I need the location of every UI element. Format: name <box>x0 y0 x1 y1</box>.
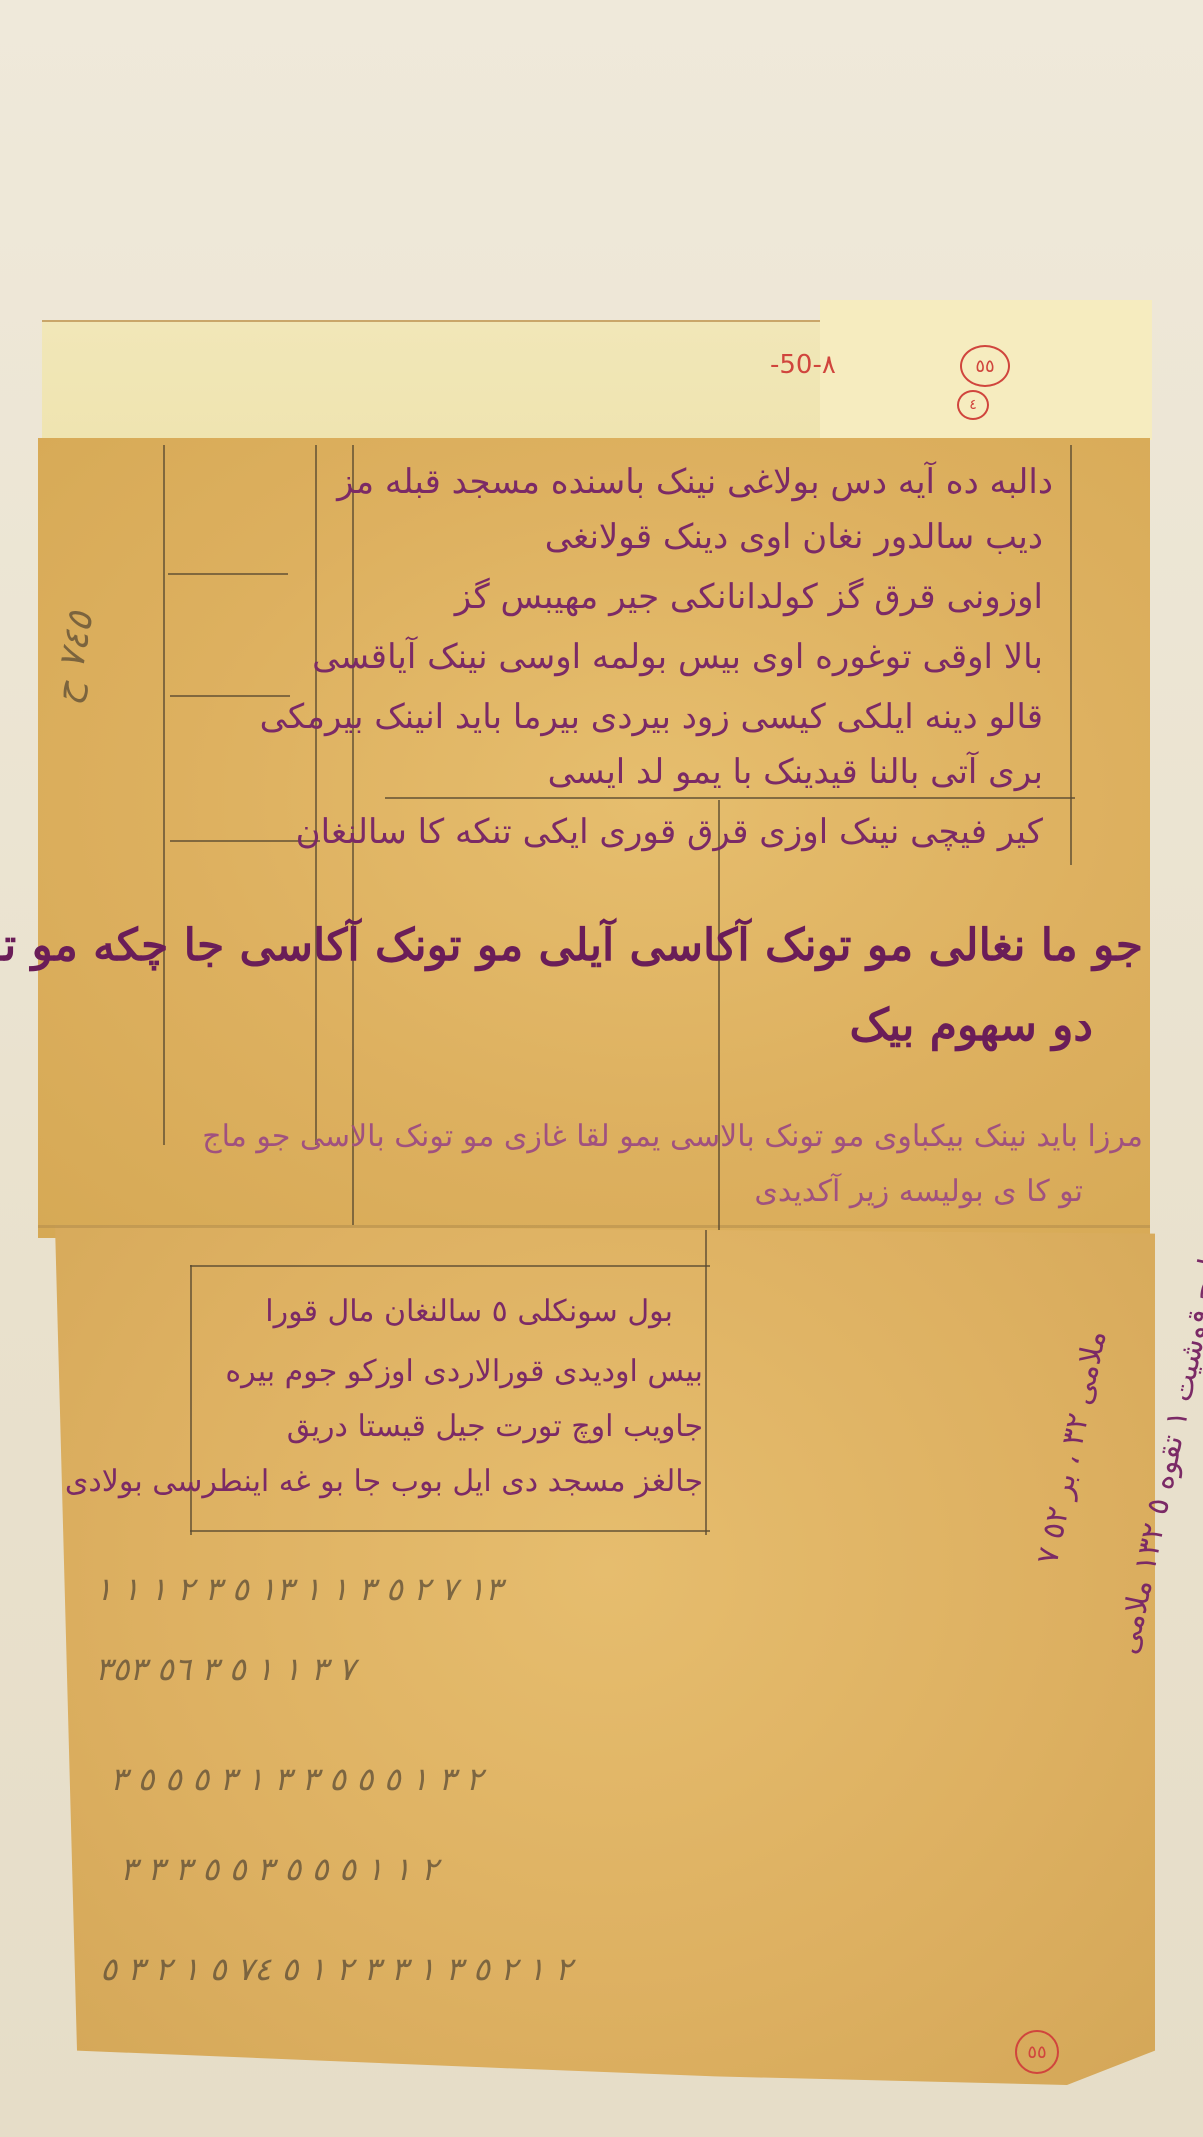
main-text-line: اوزونی قرق گز کولدانانکی جیر مهیبس گز <box>455 570 1043 624</box>
box-border <box>190 1530 710 1532</box>
lower-right-text-line: مرزا باید نینک بیکباوی مو تونک بالاسی یم… <box>202 1115 1143 1159</box>
red-reference-note: -50-٨ <box>770 350 836 380</box>
main-text-line: دالبه ده آیه دس بولاغی نینک باسنده مسجد … <box>337 455 1053 509</box>
ruling-line <box>1070 445 1072 865</box>
ruling-line <box>168 573 288 575</box>
fold-line <box>38 1225 1150 1228</box>
box-border <box>705 1230 707 1535</box>
pencil-line-text: ١٣ ٧ ٢ ٥ ٣ ١ ١ ١٣ ٥ ٣ ٢ ١ ١ ١ <box>95 1570 502 1608</box>
box-border <box>190 1265 710 1267</box>
pencil-line-text: ٢ ١ ١ ٥ ٥ ٥ ٣ ٥ ٥ ٣ ٣ ٣ <box>120 1850 438 1888</box>
boxed-text-line: جاویب اوچ تورت جیل قیستا دریق <box>287 1400 703 1454</box>
pencil-line-text: ٢ ١ ٢ ٥ ٣ ١ ٣ ٣ ٢ ١ ٥ ٧٤ ٥ ١ ٢ ٣ ٥ <box>100 1950 572 1988</box>
bottom-circled-number: ٥٥ <box>1015 2030 1059 2074</box>
main-text-line: بالا اوقی توغوره اوی بیس بولمه اوسی نینک… <box>312 630 1043 684</box>
ruling-line <box>718 800 720 1230</box>
ruling-line <box>163 445 165 1145</box>
circled-number-small: ٤ <box>957 390 989 420</box>
bold-text-line: دو سهوم بیک <box>849 1000 1093 1051</box>
bold-text-line: جو ما نغالی مو تونک آکاسی آیلی مو تونک آ… <box>0 920 1143 971</box>
circled-number-top: ٥٥ <box>960 345 1010 387</box>
pencil-line-text: ٢ ٣ ١ ٥ ٥ ٥ ٣ ٣ ١ ٣ ٥ ٥ ٥ ٣ <box>110 1760 483 1798</box>
lower-right-text-line: تو کا ی بولیسه زیر آکدیدی <box>754 1170 1083 1214</box>
main-text-line: بری آتی بالنا قیدینک با یمو لد ایسی <box>548 745 1043 799</box>
boxed-text-line: بیس اودیدی قورالاردی اوزکو جوم بیره <box>225 1345 703 1399</box>
ruling-line <box>315 445 317 1145</box>
main-text-line: قالو دینه ایلکی کیسی زود بیردی بیرما بای… <box>260 690 1043 744</box>
pencil-line-text: ٧ ٣ ١ ١ ٥ ٣ ٥٦ ٣٥٣ <box>95 1650 355 1688</box>
main-text-line: دیب سالدور نغان اوی دینک قولانغی <box>545 510 1043 564</box>
boxed-text-line: جالغز مسجد دی ایل بوب جا بو غه اینطرسی ب… <box>65 1455 703 1509</box>
boxed-text-line: بول سونکلی ٥ سالنغان مال قورا <box>265 1285 673 1339</box>
middle-text-line: کیر فیچی نینک اوزی قرق قوری ایکی تنکه کا… <box>296 805 1043 859</box>
